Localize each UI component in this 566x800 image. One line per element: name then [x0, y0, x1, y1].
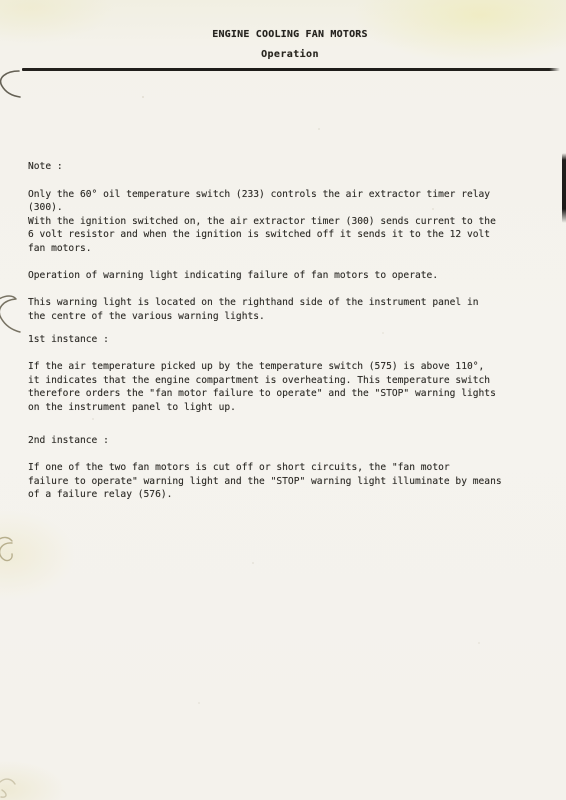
scanned-page: ENGINE COOLING FAN MOTORS Operation Note…: [0, 0, 566, 800]
page-subtitle: Operation: [7, 49, 566, 60]
header-divider: [22, 68, 560, 71]
document-body: Note : Only the 60° oil temperature swit…: [28, 160, 548, 502]
scan-edge-artifact: [562, 153, 566, 223]
page-title: ENGINE COOLING FAN MOTORS: [7, 29, 566, 40]
binder-ring-mark: [0, 534, 24, 570]
paper-specks: [0, 0, 2, 2]
note-label: Note :: [28, 160, 548, 174]
binder-ring-mark: [0, 291, 26, 335]
binder-ring-mark: [0, 774, 24, 800]
warning-light-location-paragraph: This warning light is located on the rig…: [28, 296, 548, 323]
instance2-label: 2nd instance :: [28, 434, 548, 448]
instance1-paragraph: If the air temperature picked up by the …: [28, 360, 548, 414]
warning-light-heading: Operation of warning light indicating fa…: [28, 269, 548, 283]
instance1-label: 1st instance :: [28, 333, 548, 347]
instance2-paragraph: If one of the two fan motors is cut off …: [28, 461, 548, 502]
note-paragraph: Only the 60° oil temperature switch (233…: [28, 188, 548, 256]
